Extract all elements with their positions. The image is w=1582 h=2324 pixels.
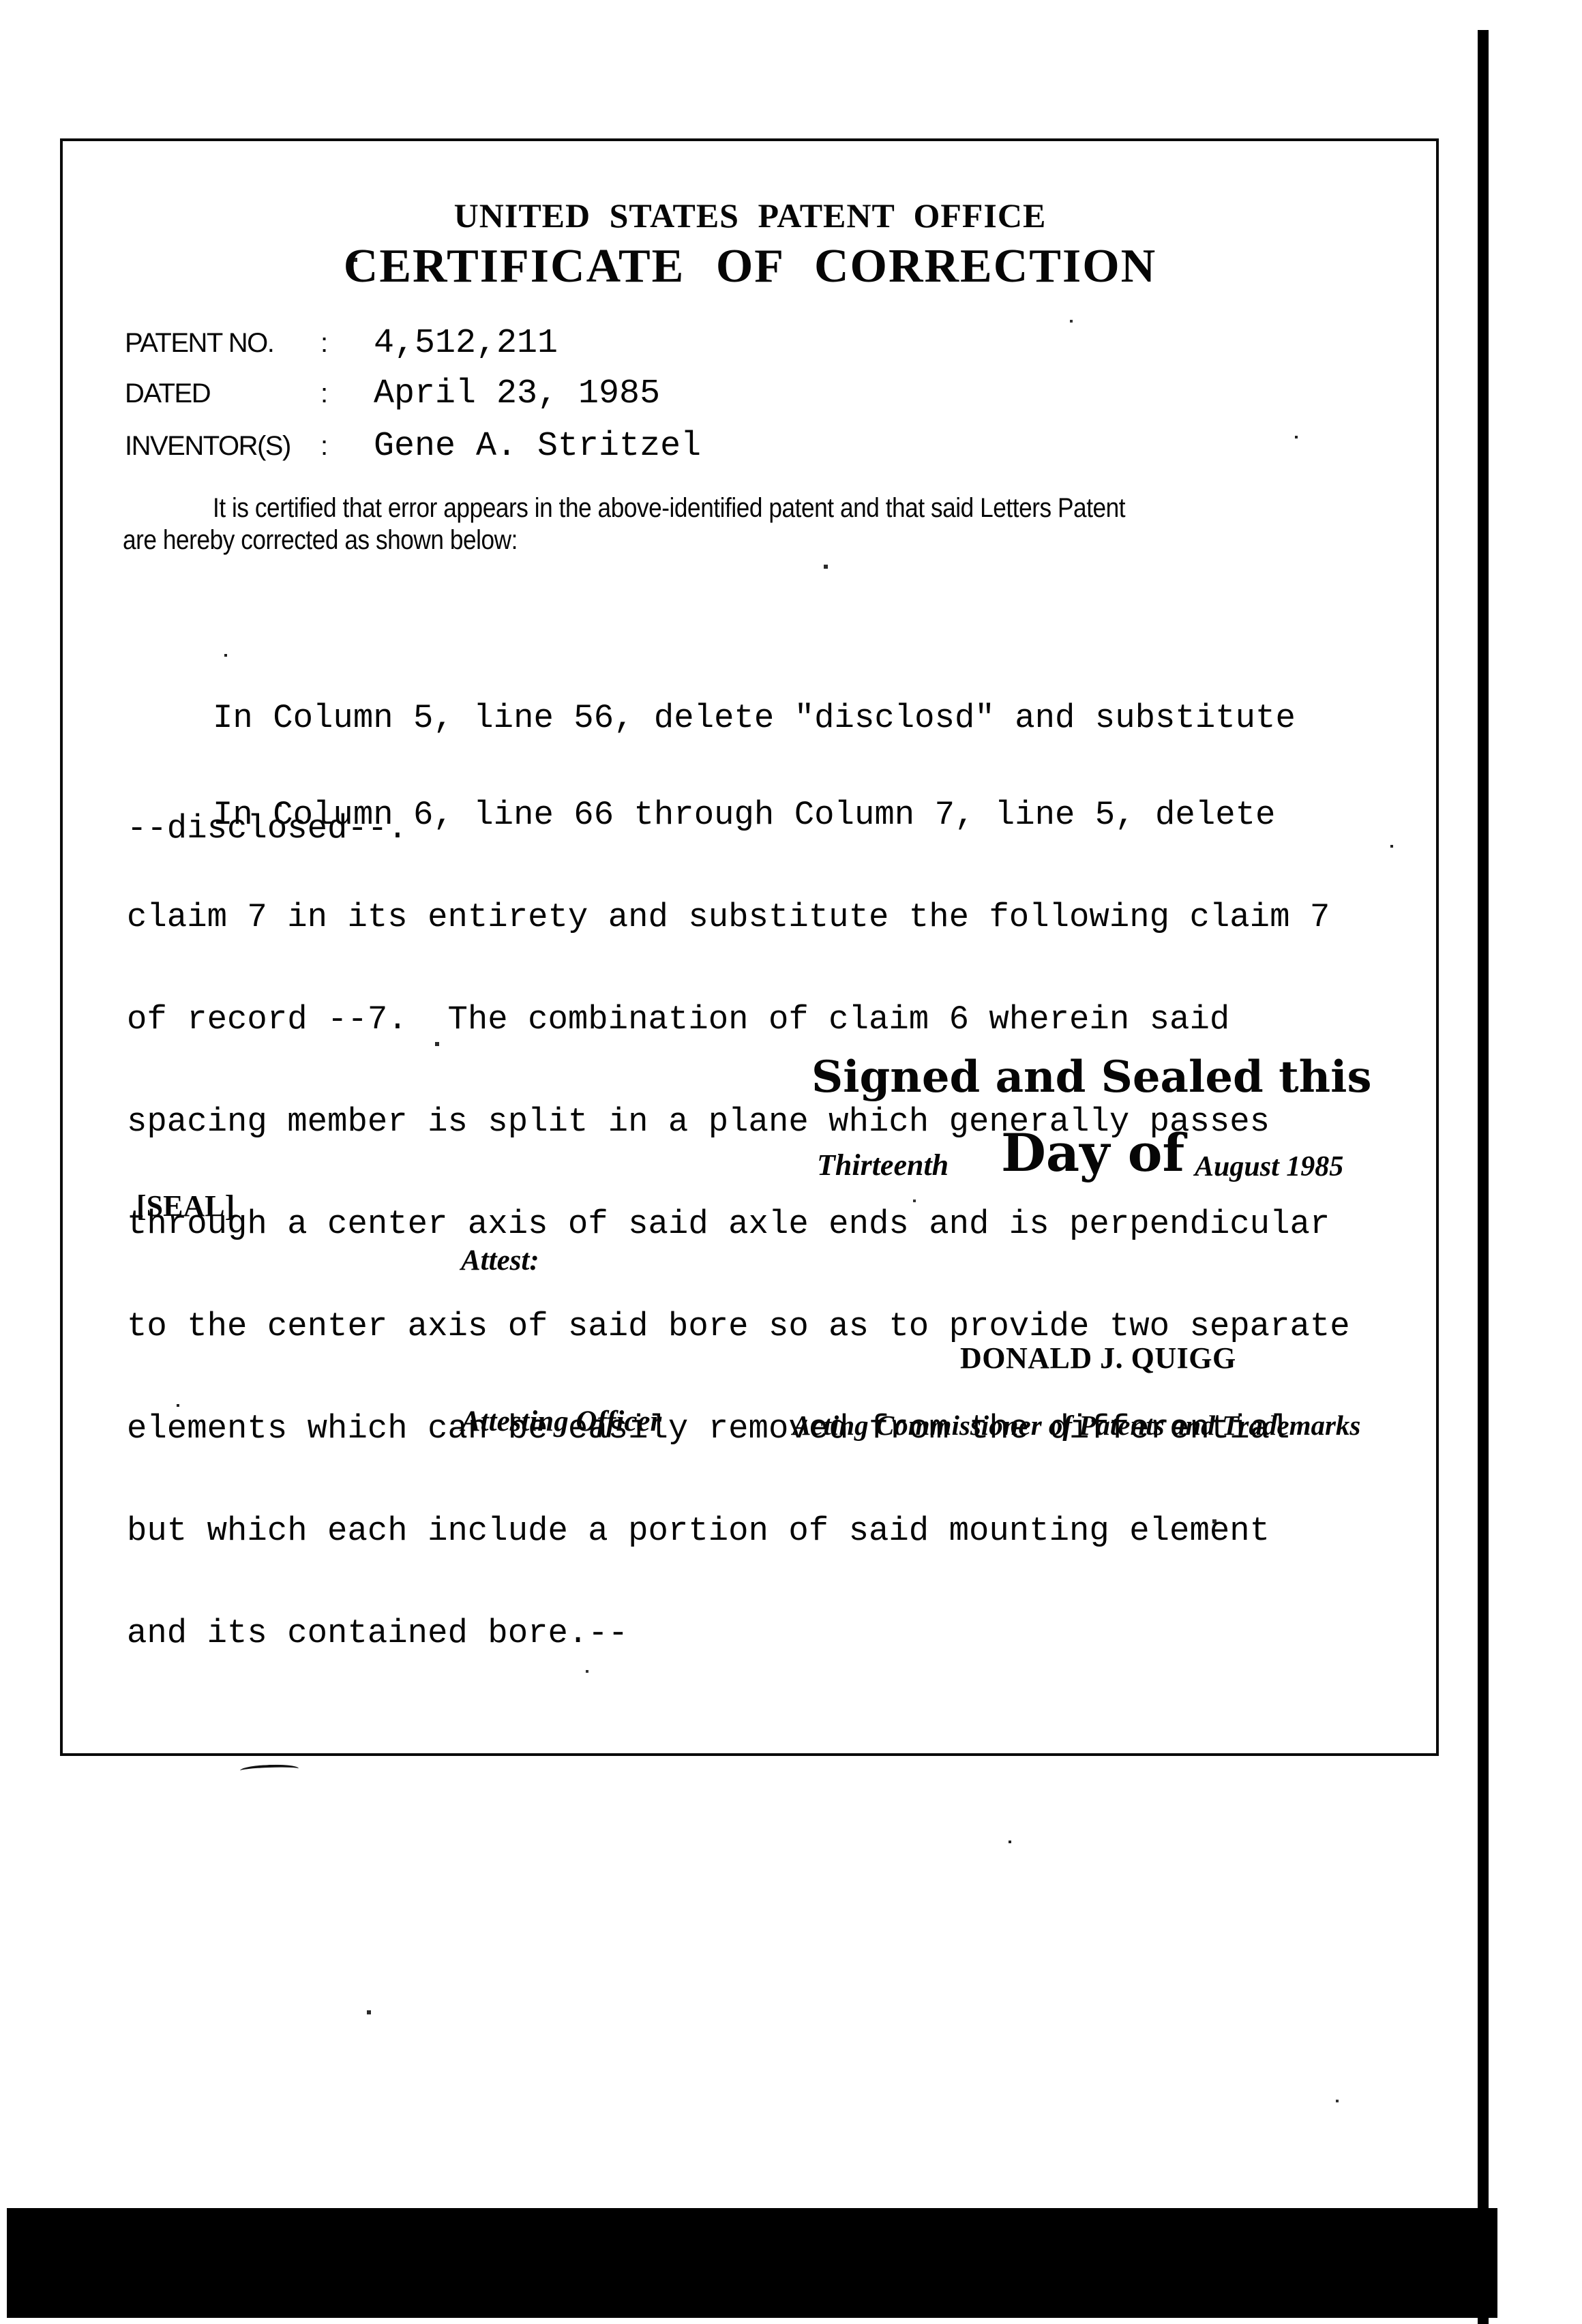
certification-line: It is certified that error appears in th… — [123, 492, 1293, 524]
scan-artifact-bottom-bar — [7, 2208, 1497, 2318]
inventors-value: Gene A. Stritzel — [374, 430, 701, 464]
correction-line: claim 7 in its entirety and substitute t… — [127, 900, 1350, 934]
dated-label: DATED — [125, 380, 320, 407]
patent-no-colon: : — [320, 329, 374, 357]
correction-line: of record --7. The combination of claim … — [127, 1002, 1350, 1037]
correction-line: through a center axis of said axle ends … — [127, 1207, 1350, 1241]
patent-no-value: 4,512,211 — [374, 327, 558, 361]
scanned-certificate-page: UNITED STATES PATENT OFFICE CERTIFICATE … — [0, 0, 1582, 2324]
inventors-label: INVENTOR(S) — [125, 432, 320, 460]
dated-colon: : — [320, 380, 374, 407]
attest-label: Attest: — [461, 1246, 539, 1275]
patent-no-label: PATENT NO. — [125, 329, 320, 357]
scan-artifact-vertical-bar — [1478, 30, 1489, 2324]
seal-marker: [SEAL] — [136, 1191, 235, 1221]
correction-line: but which each include a portion of said… — [127, 1514, 1350, 1548]
inventors-colon: : — [320, 432, 374, 460]
scan-noise-speckles — [0, 0, 1, 1]
signature-day-word: Thirteenth — [817, 1150, 949, 1180]
attesting-officer-label: Attesting Officer — [461, 1407, 661, 1436]
certification-line: are hereby corrected as shown below: — [123, 524, 1293, 556]
certificate-title: CERTIFICATE OF CORRECTION — [63, 240, 1437, 293]
signed-and-sealed-text: Signed and Sealed this — [811, 1056, 1372, 1099]
field-row-dated: DATED : April 23, 1985 — [125, 377, 660, 411]
signature-day-of-text: Day of — [1001, 1127, 1184, 1179]
correction-paragraph-2: In Column 6, line 66 through Column 7, l… — [127, 730, 1350, 1718]
field-row-patent-no: PATENT NO. : 4,512,211 — [125, 327, 558, 361]
certification-paragraph: It is certified that error appears in th… — [123, 492, 1293, 556]
signature-date: August 1985 — [1195, 1152, 1343, 1181]
correction-line: and its contained bore.-- — [127, 1616, 1350, 1650]
correction-line: In Column 6, line 66 through Column 7, l… — [127, 798, 1350, 832]
field-row-inventors: INVENTOR(S) : Gene A. Stritzel — [125, 430, 701, 464]
commissioner-title: Acting Commissioner of Patents and Trade… — [792, 1412, 1360, 1440]
scan-artifact-squiggle — [240, 1764, 299, 1776]
correction-line: to the center axis of said bore so as to… — [127, 1309, 1350, 1343]
office-title: UNITED STATES PATENT OFFICE — [63, 197, 1437, 235]
dated-value: April 23, 1985 — [374, 377, 660, 411]
commissioner-name: DONALD J. QUIGG — [960, 1343, 1236, 1373]
